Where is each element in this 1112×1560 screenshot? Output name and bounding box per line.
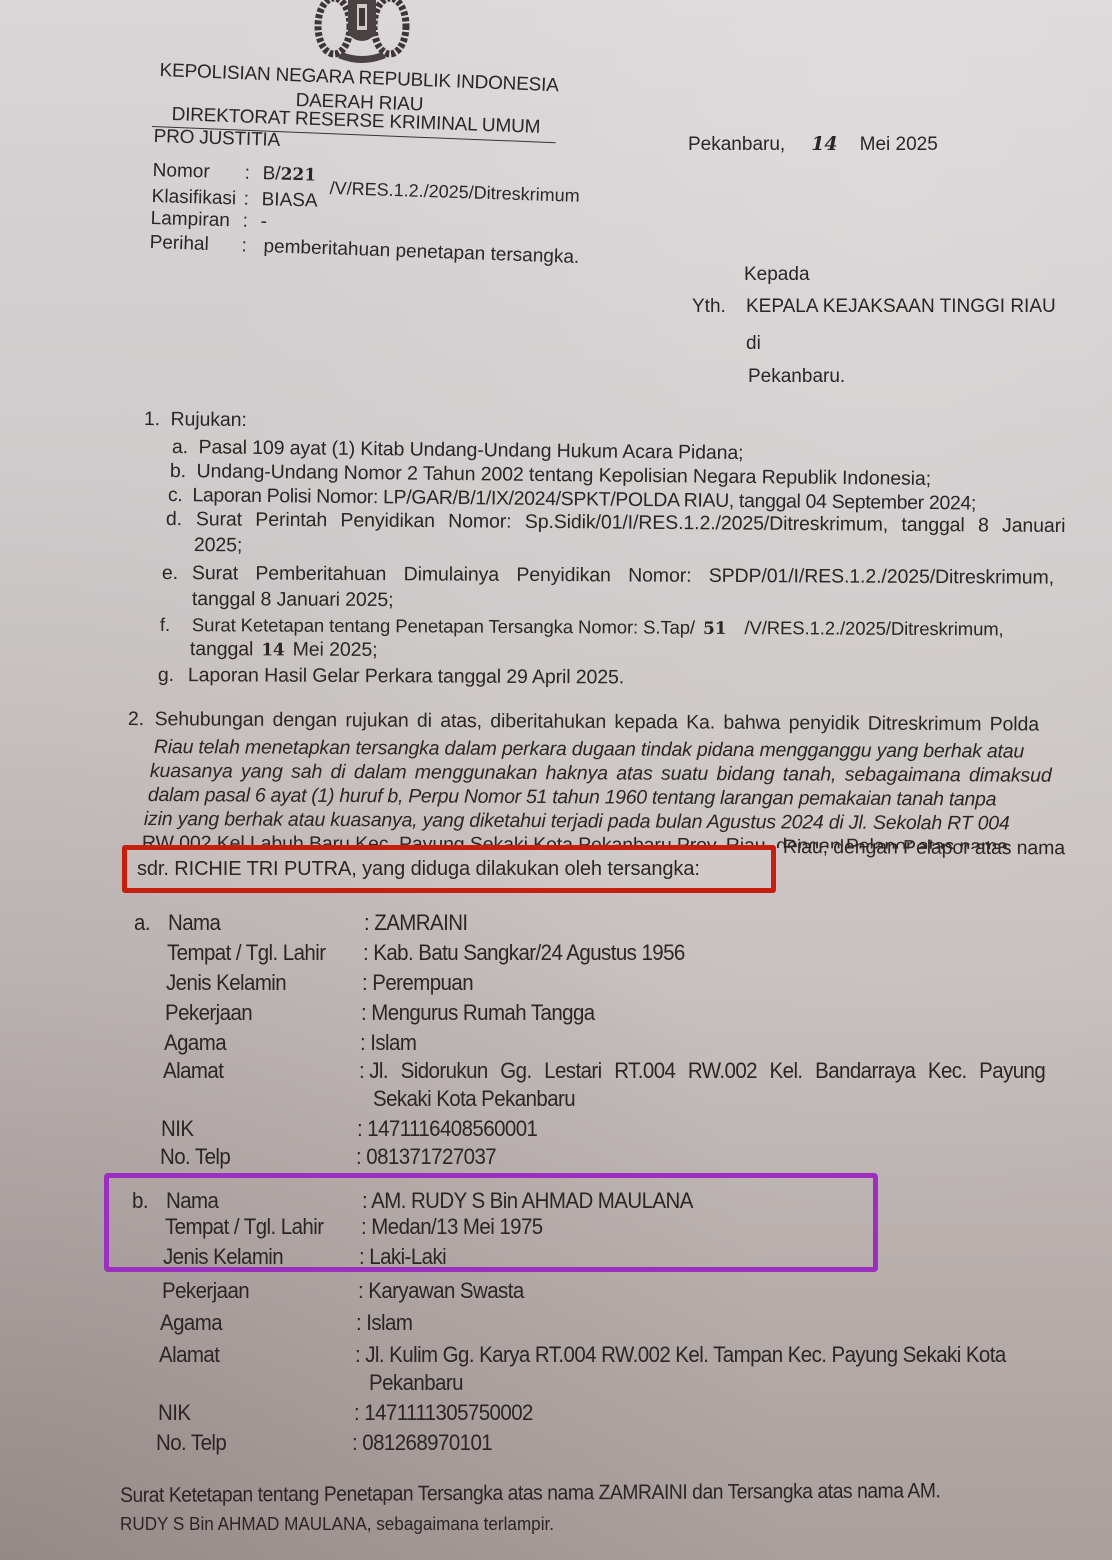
nomor-prefix: B/ — [262, 163, 281, 184]
field-colon: : — [361, 1214, 371, 1239]
suspect-field-value: : 081268970101 — [352, 1430, 492, 1456]
closing-line-2: RUDY S Bin AHMAD MAULANA, sebagaimana te… — [120, 1514, 554, 1535]
suspect-field-value: : Jl. Kulim Gg. Karya RT.004 RW.002 Kel.… — [355, 1342, 1006, 1368]
field-value-text: Islam — [370, 1030, 416, 1055]
date-day-handwritten: 14 — [811, 133, 837, 155]
field-colon: : — [356, 1310, 366, 1335]
addressee-yth: Yth. — [692, 296, 726, 318]
field-colon: : — [363, 940, 373, 965]
suspect-field-value: : Kab. Batu Sangkar/24 Agustus 1956 — [363, 940, 685, 966]
rujukan-item-f-cont: tanggal14Mei 2025; — [190, 638, 378, 662]
section2-line-6-visible: Riau, dengan Pelapor atas nama — [783, 836, 1065, 860]
section2-line-7-complainant: sdr. RICHIE TRI PUTRA, yang diduga dilak… — [137, 858, 700, 881]
suspect-field-value: : Mengurus Rumah Tangga — [361, 1000, 595, 1026]
field-value-text: Medan/13 Mei 1975 — [371, 1214, 542, 1239]
suspect-field-label: No. Telp — [160, 1144, 230, 1170]
nomor-label: Nomor — [152, 160, 245, 185]
field-value-text: Jl. Sidorukun Gg. Lestari RT.004 RW.002 … — [369, 1058, 1045, 1083]
perihal-label: Perihal — [149, 232, 242, 257]
field-colon: : — [362, 1188, 371, 1213]
section2-line-1: 2. Sehubungan dengan rujukan di atas, di… — [128, 708, 1039, 737]
suspect-field-value: : Islam — [356, 1310, 412, 1336]
suspect-field-value: : Medan/13 Mei 1975 — [361, 1214, 543, 1240]
field-value-text: Kab. Batu Sangkar/24 Agustus 1956 — [373, 940, 684, 965]
field-colon: : — [362, 970, 372, 995]
field-value-text: Perempuan — [372, 970, 473, 995]
suspect-field-label: Agama — [160, 1310, 222, 1336]
meta-lampiran: Lampiran:- — [150, 208, 267, 233]
field-value-text: Laki-Laki — [369, 1244, 446, 1269]
suspect-field-value: : 081371727037 — [356, 1144, 496, 1170]
rujukan-item-e-cont: tanggal 8 Januari 2025; — [192, 588, 394, 612]
field-colon: : — [364, 910, 374, 935]
suspect-field-value: : Islam — [360, 1030, 416, 1056]
meta-perihal: Perihal:pemberitahuan penetapan tersangk… — [149, 232, 579, 269]
suspect-field-label: Pekerjaan — [165, 1000, 252, 1026]
suspect-field-value: : 1471116408560001 — [357, 1116, 537, 1142]
suspect-field-label: Tempat / Tgl. Lahir — [165, 1214, 323, 1240]
nomor-suffix: /V/RES.1.2./2025/Ditreskrimum — [329, 178, 580, 207]
section2-line-2: Riau telah menetapkan tersangka dalam pe… — [154, 736, 1024, 764]
field-value-text: 081268970101 — [362, 1430, 492, 1455]
field-colon: : — [359, 1244, 369, 1269]
section2-line-5: izin yang berhak atau kuasanya, yang dik… — [144, 808, 1010, 836]
section1-heading: 1. Rujukan: — [144, 408, 247, 432]
suspect-field-label: Alamat — [159, 1342, 219, 1368]
suspect-field-label: No. Telp — [156, 1430, 226, 1456]
field-value-text: Mengurus Rumah Tangga — [371, 1000, 594, 1025]
rujukan-item-f: f.Surat Ketetapan tentang Penetapan Ters… — [160, 614, 1004, 640]
perihal-value: pemberitahuan penetapan tersangka. — [263, 236, 579, 268]
field-value-text: AM. RUDY S Bin AHMAD MAULANA — [371, 1188, 693, 1213]
klasifikasi-label: Klasifikasi — [151, 186, 244, 211]
field-value-text: 1471116408560001 — [368, 1116, 538, 1141]
suspect-field-label: Alamat — [163, 1058, 223, 1084]
lampiran-value: - — [260, 211, 267, 232]
field-value-text: Jl. Kulim Gg. Karya RT.004 RW.002 Kel. T… — [365, 1342, 1005, 1367]
field-colon: : — [359, 1058, 369, 1083]
field-colon: : — [354, 1400, 364, 1425]
date-city: Pekanbaru, — [688, 134, 785, 155]
date-month-year: Mei 2025 — [860, 134, 938, 155]
field-colon: : — [355, 1342, 365, 1367]
field-value-text: Islam — [367, 1310, 413, 1335]
letter-date: Pekanbaru,14Mei 2025 — [688, 133, 938, 156]
addressee-di: di — [746, 333, 761, 355]
suspect-field-value: : Laki-Laki — [359, 1244, 446, 1270]
field-value-text: ZAMRAINI — [374, 910, 467, 935]
lampiran-label: Lampiran — [150, 208, 243, 233]
suspect-field-label: Tempat / Tgl. Lahir — [167, 940, 325, 966]
suspect-field-label: Agama — [164, 1030, 226, 1056]
suspect-field-label: NIK — [161, 1116, 193, 1142]
pro-justitia-label: PRO JUSTITIA — [153, 126, 280, 152]
section2-line-4: dalam pasal 6 ayat (1) huruf b, Perpu No… — [148, 784, 996, 811]
rujukan-item-e: e.Surat Pemberitahuan Dimulainya Penyidi… — [162, 562, 1054, 590]
suspect-field-label: Nama — [168, 910, 220, 936]
suspect-field-label: Nama — [166, 1188, 218, 1214]
addressee-city: Pekanbaru. — [748, 366, 845, 388]
section2-line-3: kuasanya yang sah di dalam menggunakan h… — [150, 760, 1052, 788]
field-colon: : — [352, 1430, 362, 1455]
field-colon: : — [361, 1000, 371, 1025]
field-colon: : — [357, 1116, 367, 1141]
suspect-field-value: : Jl. Sidorukun Gg. Lestari RT.004 RW.00… — [359, 1058, 1045, 1084]
suspect-letter: a. — [134, 910, 150, 936]
addressee-recipient: KEPALA KEJAKSAAN TINGGI RIAU — [746, 296, 1056, 318]
suspect-field-label: Jenis Kelamin — [166, 970, 286, 996]
field-colon: : — [358, 1278, 368, 1303]
rujukan-item-d-cont: 2025; — [194, 534, 242, 557]
field-value-text: 081371727037 — [367, 1144, 497, 1169]
field-colon: : — [356, 1144, 366, 1169]
nomor-handwritten: 221 — [280, 165, 316, 186]
addressee-kepada: Kepada — [744, 264, 810, 286]
suspect-field-value: : ZAMRAINI — [364, 910, 468, 936]
meta-nomor: Nomor:B/221 — [152, 160, 316, 187]
field-value-text: 1471111305750002 — [364, 1400, 533, 1425]
suspect-field-label: NIK — [158, 1400, 190, 1426]
field-colon: : — [360, 1030, 370, 1055]
klasifikasi-value: BIASA — [261, 189, 318, 212]
tap-day-handwritten: 14 — [261, 640, 285, 660]
suspect-field-value: : 1471111305750002 — [354, 1400, 533, 1426]
suspect-field-value: : Karyawan Swasta — [358, 1278, 524, 1304]
suspect-field-value: : Perempuan — [362, 970, 473, 996]
rujukan-item-g: g.Laporan Hasil Gelar Perkara tanggal 29… — [158, 664, 624, 689]
police-crest-icon — [312, 0, 412, 66]
suspect-field-value: : AM. RUDY S Bin AHMAD MAULANA — [362, 1188, 693, 1214]
closing-line-1: Surat Ketetapan tentang Penetapan Tersan… — [120, 1479, 940, 1508]
suspect-letter: b. — [132, 1188, 148, 1214]
suspect-field-value-cont: Pekanbaru — [369, 1370, 463, 1396]
field-value-text: Karyawan Swasta — [368, 1278, 523, 1303]
suspect-field-label: Pekerjaan — [162, 1278, 249, 1304]
suspect-field-label: Jenis Kelamin — [163, 1244, 283, 1270]
tap-number-handwritten: 51 — [703, 619, 727, 639]
suspect-field-value-cont: Sekaki Kota Pekanbaru — [373, 1086, 575, 1112]
